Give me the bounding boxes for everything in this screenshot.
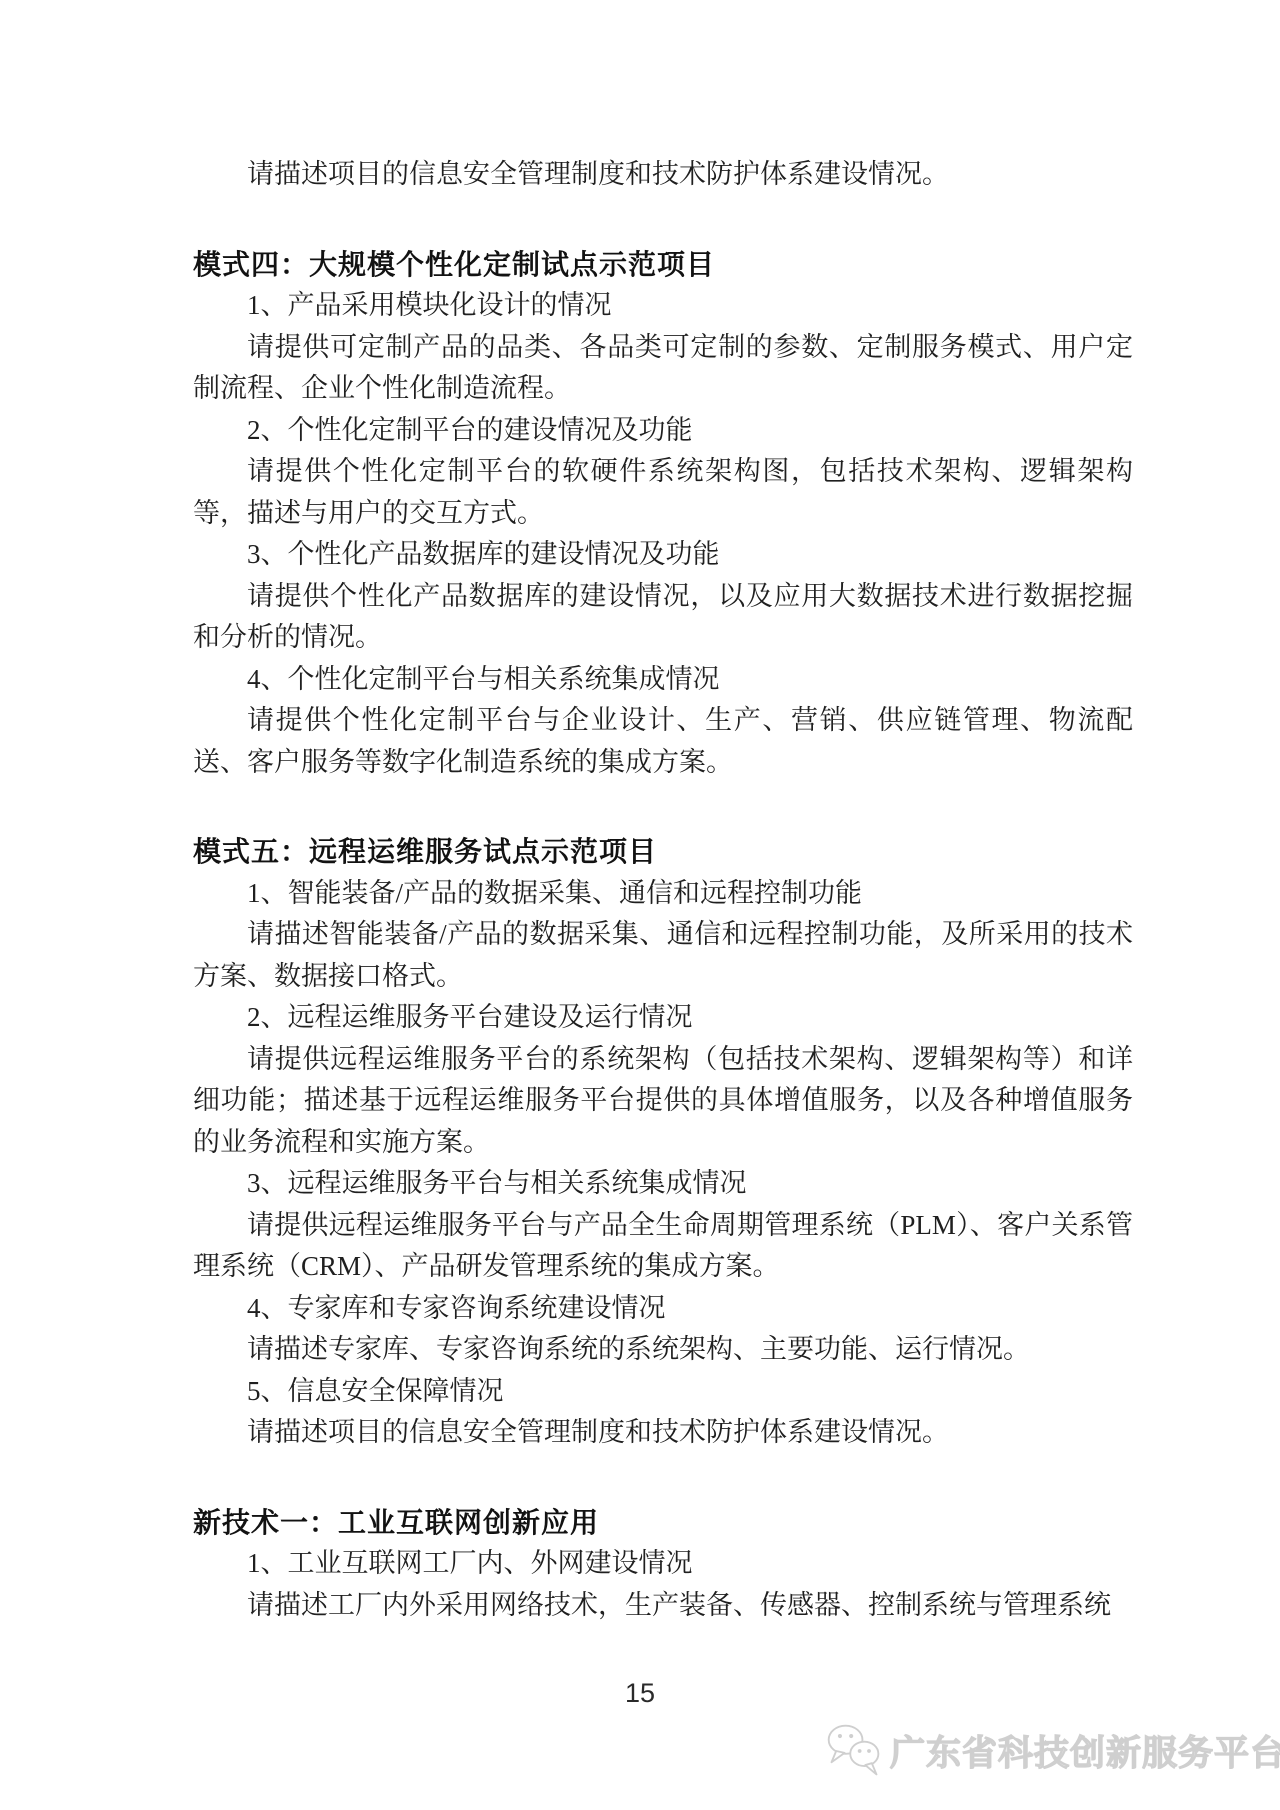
section-heading: 新技术一：工业互联网创新应用 [193, 1502, 1133, 1544]
paragraph: 请描述项目的信息安全管理制度和技术防护体系建设情况。 [193, 1412, 1133, 1454]
paragraph: 4、专家库和专家咨询系统建设情况 [193, 1288, 1133, 1330]
paragraph: 2、个性化定制平台的建设情况及功能 [193, 410, 1133, 452]
section-heading: 模式五：远程运维服务试点示范项目 [193, 831, 1133, 873]
document-page: 请描述项目的信息安全管理制度和技术防护体系建设情况。模式四：大规模个性化定制试点… [0, 0, 1280, 1810]
paragraph: 请提供远程运维服务平台的系统架构（包括技术架构、逻辑架构等）和详细功能；描述基于… [193, 1039, 1133, 1164]
paragraph: 1、产品采用模块化设计的情况 [193, 285, 1133, 327]
paragraph: 请提供个性化定制平台的软硬件系统架构图，包括技术架构、逻辑架构等，描述与用户的交… [193, 451, 1133, 534]
section-heading: 模式四：大规模个性化定制试点示范项目 [193, 244, 1133, 286]
wechat-icon [824, 1720, 884, 1782]
paragraph: 请提供远程运维服务平台与产品全生命周期管理系统（PLM）、客户关系管理系统（CR… [193, 1205, 1133, 1288]
paragraph: 5、信息安全保障情况 [193, 1371, 1133, 1413]
paragraph: 请描述智能装备/产品的数据采集、通信和远程控制功能，及所采用的技术方案、数据接口… [193, 914, 1133, 997]
paragraph: 请提供个性化定制平台与企业设计、生产、营销、供应链管理、物流配送、客户服务等数字… [193, 700, 1133, 783]
footer-watermark: 广东省科技创新服务平台 [824, 1720, 1280, 1782]
paragraph: 3、个性化产品数据库的建设情况及功能 [193, 534, 1133, 576]
paragraph: 1、工业互联网工厂内、外网建设情况 [193, 1543, 1133, 1585]
watermark-text: 广东省科技创新服务平台 [890, 1726, 1280, 1776]
paragraph: 4、个性化定制平台与相关系统集成情况 [193, 659, 1133, 701]
paragraph: 请描述工厂内外采用网络技术，生产装备、传感器、控制系统与管理系统 [193, 1585, 1133, 1627]
paragraph: 2、远程运维服务平台建设及运行情况 [193, 997, 1133, 1039]
paragraph: 3、远程运维服务平台与相关系统集成情况 [193, 1163, 1133, 1205]
document-body: 请描述项目的信息安全管理制度和技术防护体系建设情况。模式四：大规模个性化定制试点… [193, 154, 1133, 1626]
paragraph: 请提供个性化产品数据库的建设情况，以及应用大数据技术进行数据挖掘和分析的情况。 [193, 576, 1133, 659]
paragraph: 请描述专家库、专家咨询系统的系统架构、主要功能、运行情况。 [193, 1329, 1133, 1371]
paragraph: 请提供可定制产品的品类、各品类可定制的参数、定制服务模式、用户定制流程、企业个性… [193, 327, 1133, 410]
paragraph: 1、智能装备/产品的数据采集、通信和远程控制功能 [193, 873, 1133, 915]
page-number: 15 [0, 1678, 1280, 1709]
paragraph: 请描述项目的信息安全管理制度和技术防护体系建设情况。 [193, 154, 1133, 196]
